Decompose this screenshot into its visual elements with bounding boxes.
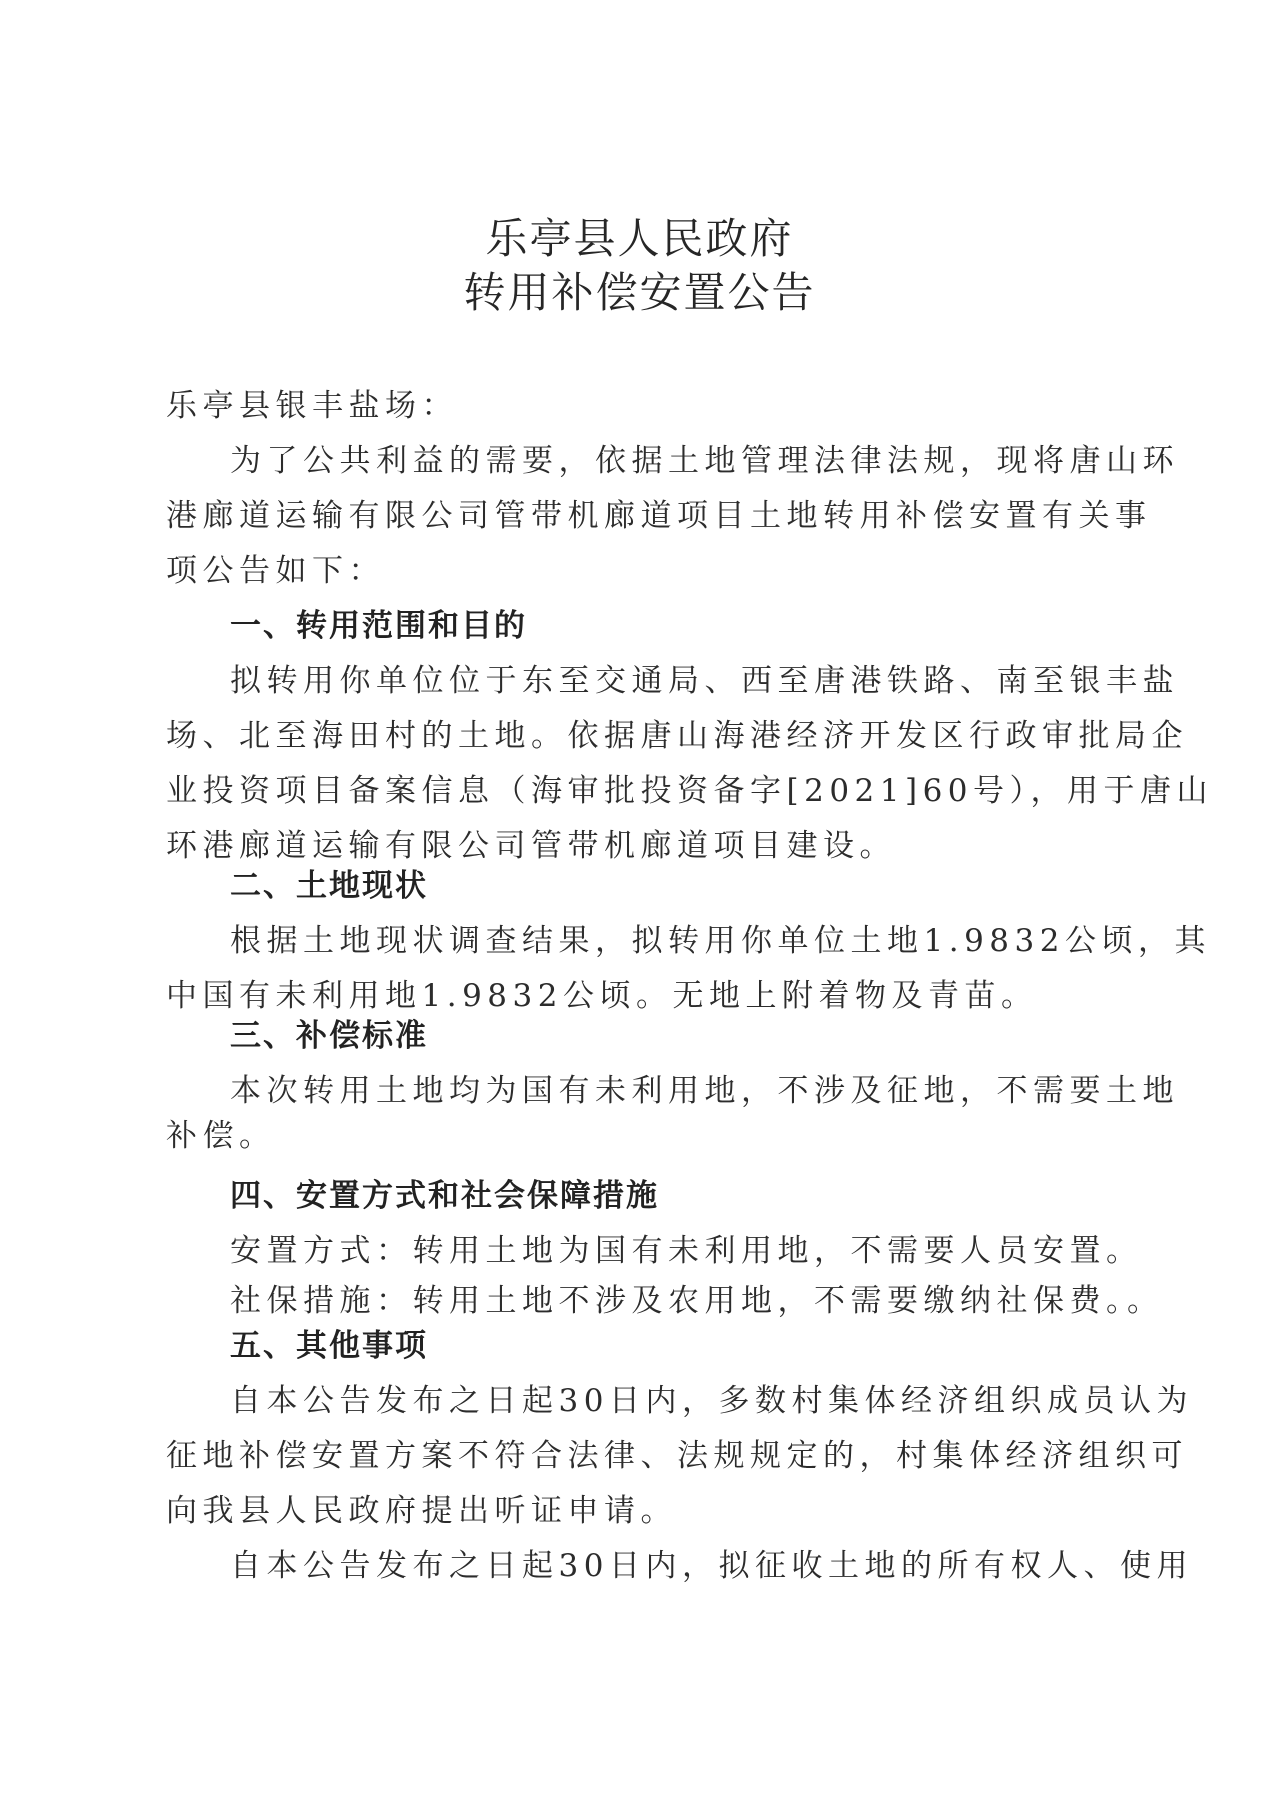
section-heading-4: 四、安置方式和社会保障措施	[230, 1170, 659, 1215]
section-5-line-2: 征地补偿安置方案不符合法律、法规规定的，村集体经济组织可	[166, 1430, 1188, 1475]
section-3-line-1: 本次转用土地均为国有未利用地，不涉及征地，不需要土地	[230, 1065, 1179, 1110]
addressee: 乐亭县银丰盐场：	[166, 380, 458, 425]
section-heading-3: 三、补偿标准	[230, 1010, 428, 1055]
intro-line-2: 港廊道运输有限公司管带机廊道项目土地转用补偿安置有关事	[166, 490, 1152, 535]
section-4-line-1: 安置方式：转用土地为国有未利用地，不需要人员安置。	[230, 1225, 1143, 1270]
section-5-line-4: 自本公告发布之日起30日内，拟征收土地的所有权人、使用	[230, 1540, 1193, 1585]
section-heading-1: 一、转用范围和目的	[230, 600, 527, 645]
section-4-line-2: 社保措施：转用土地不涉及农用地，不需要缴纳社保费。。	[230, 1275, 1164, 1320]
section-heading-5: 五、其他事项	[230, 1320, 428, 1365]
section-heading-2: 二、土地现状	[230, 860, 428, 905]
document-page: 乐亭县人民政府 转用补偿安置公告 乐亭县银丰盐场： 为了公共利益的需要，依据土地…	[0, 0, 1279, 1810]
section-3-line-2: 补偿。	[166, 1110, 276, 1155]
intro-line-1: 为了公共利益的需要，依据土地管理法律法规，现将唐山环	[230, 435, 1179, 480]
section-2-line-2: 中国有未利用地1.9832公顷。无地上附着物及青苗。	[166, 970, 1037, 1015]
document-title-issuer: 乐亭县人民政府	[0, 212, 1279, 266]
document-title-subject: 转用补偿安置公告	[0, 266, 1279, 320]
section-1-line-4: 环港廊道运输有限公司管带机廊道项目建设。	[166, 820, 896, 865]
intro-line-3: 项公告如下：	[166, 545, 385, 590]
section-1-line-3: 业投资项目备案信息（海审批投资备字[2021]60号），用于唐山	[166, 765, 1213, 810]
section-5-line-1: 自本公告发布之日起30日内，多数村集体经济组织成员认为	[230, 1375, 1193, 1420]
section-5-line-3: 向我县人民政府提出听证申请。	[166, 1485, 677, 1530]
section-2-line-1: 根据土地现状调查结果，拟转用你单位土地1.9832公顷，其	[230, 915, 1211, 960]
section-1-line-1: 拟转用你单位位于东至交通局、西至唐港铁路、南至银丰盐	[230, 655, 1179, 700]
section-1-line-2: 场、北至海田村的土地。依据唐山海港经济开发区行政审批局企	[166, 710, 1188, 755]
